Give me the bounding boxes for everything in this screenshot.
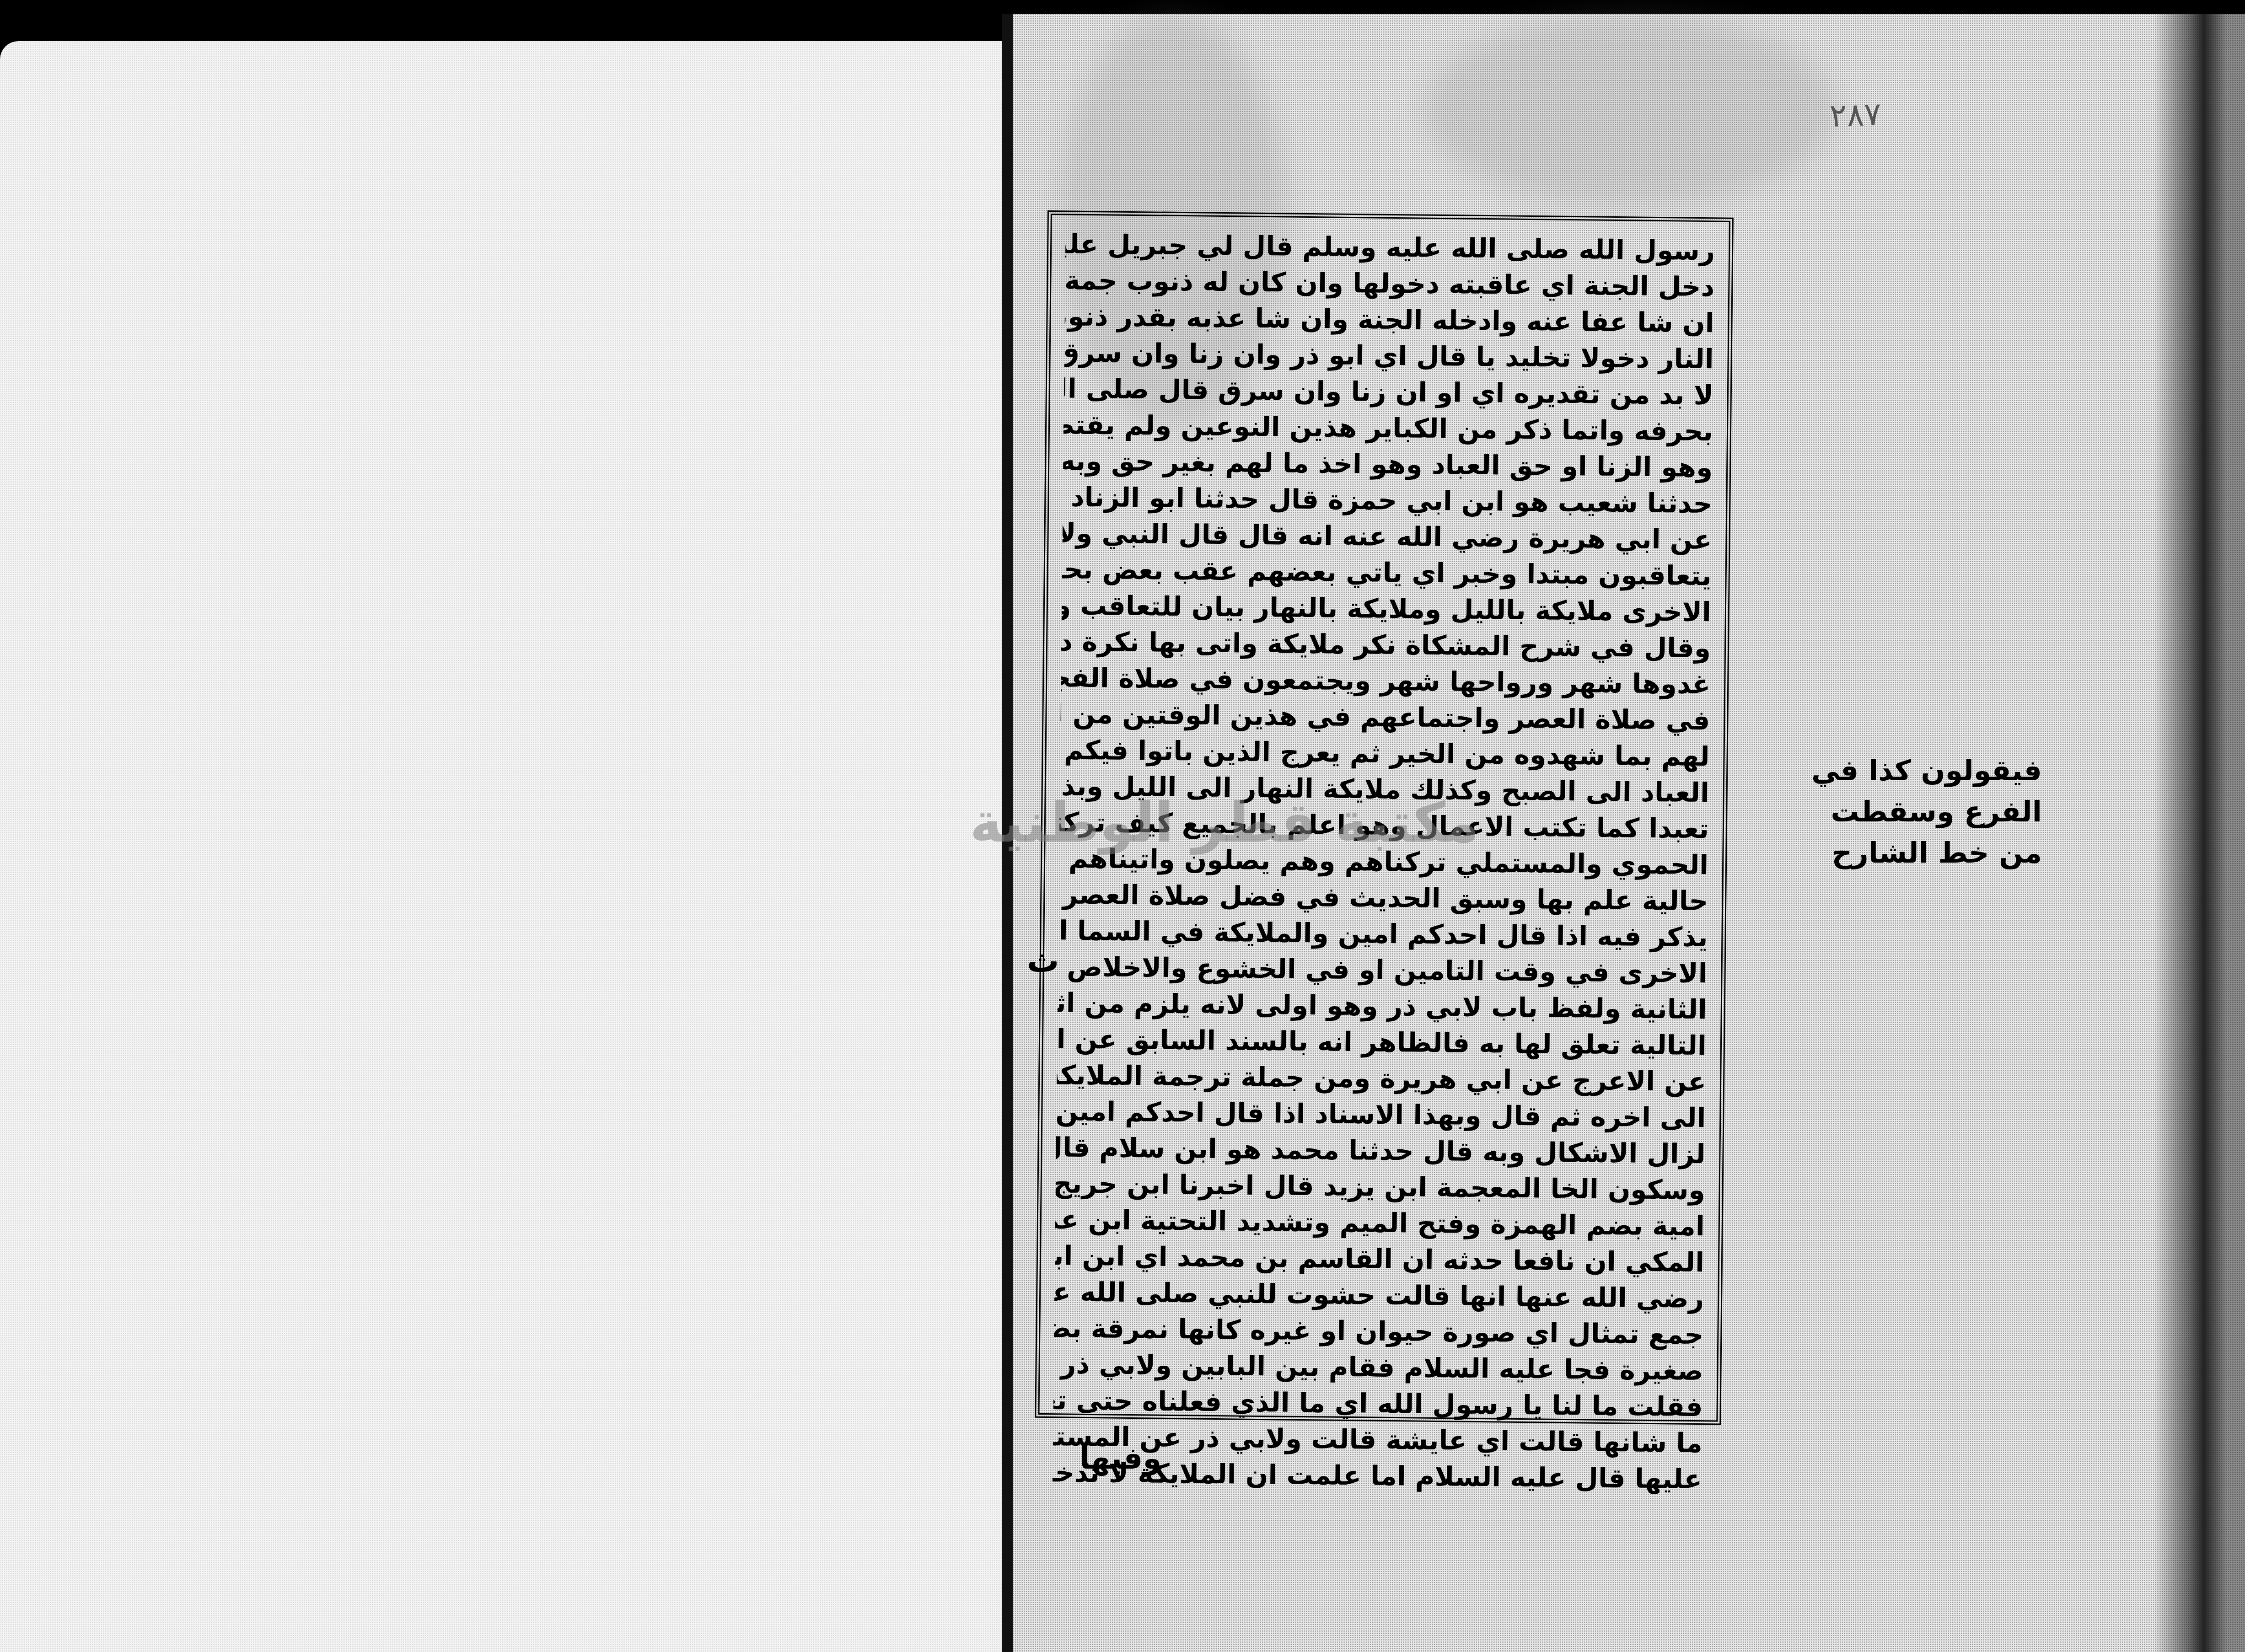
text-line: دخل الجنة اي عاقبته دخولها وان كان له ذن… [1065,262,1715,305]
text-line: لزال الاشكال وبه قال حدثنا محمد هو ابن س… [1056,1129,1706,1172]
text-line: الى اخره ثم قال وبهذا الاسناد اذا قال اح… [1056,1093,1706,1136]
text-line: ان شا عفا عنه وادخله الجنة وان شا عذبه ب… [1064,298,1714,341]
text-line: فقلت ما لنا يا رسول الله اي ما الذي فعلن… [1053,1382,1703,1425]
folio-number: ٢٨٧ [1829,95,1882,134]
text-line: حالية علم بها وسبق الحديث في فضل صلاة ال… [1058,876,1708,919]
main-text-block: رسول الله صلى الله عليه وسلم قال لي جبري… [1053,226,1715,1497]
marginal-note-line: الفرع وسقطت [1811,791,2042,832]
page-edge-shadow [2154,14,2245,1652]
text-line: وهو الزنا او حق العباد وهو اخذ ما لهم بغ… [1063,443,1713,486]
text-line: عن ابي هريرة رضي الله عنه انه قال قال ال… [1062,515,1712,558]
text-line: حدثنا شعيب هو ابن ابي حمزة قال حدثنا ابو… [1063,479,1713,522]
text-line: التالية تعلق لها به فالظاهر انه بالسند ا… [1057,1021,1707,1064]
text-line: وقال في شرح المشكاة نكر ملايكة واتى بها … [1061,623,1711,666]
text-line: رسول الله صلى الله عليه وسلم قال لي جبري… [1065,226,1715,269]
text-line: غدوها شهر ورواحها شهر ويجتمعون في صلاة ا… [1061,660,1711,703]
text-line: يتعاقبون مبتدا وخبر اي ياتي بعضهم عقب بع… [1062,551,1712,594]
text-line: امية بضم الهمزة وفتح الميم وتشديد التحتي… [1055,1201,1705,1244]
text-line: الاخرى في وقت التامين او في الخشوع والاخ… [1058,949,1708,992]
catchword: وفيها [1080,1441,1162,1476]
water-stain [1424,14,1836,206]
text-line: رضي الله عنها انها قالت حشوت للنبي صلى ا… [1054,1274,1704,1317]
text-line: لهم بما شهدوه من الخير ثم يعرج الذين بات… [1060,732,1710,775]
text-line: الاخرى ملايكة بالليل وملايكة بالنهار بيا… [1062,587,1712,630]
text-line: الثانية ولفظ باب لابي ذر وهو اولى لانه ي… [1057,985,1707,1028]
text-line: المكي ان نافعا حدثه ان القاسم بن محمد اي… [1055,1238,1705,1281]
text-line: عن الاعرج عن ابي هريرة ومن جملة ترجمة ال… [1057,1057,1707,1100]
marginal-note-line: من خط الشارح [1811,832,2042,874]
library-watermark: مكتبة قطر الوطنية [970,791,1479,855]
marginal-note-line: فيقولون كذا في [1811,750,2042,791]
text-line: النار دخولا تخليد يا قال اي ابو ذر وان ز… [1064,334,1714,377]
text-line: يذكر فيه اذا قال احدكم امين والملايكة في… [1058,912,1708,955]
text-line: وسكون الخا المعجمة ابن يزيد قال اخبرنا ا… [1055,1165,1705,1208]
marginal-mark: ث [1027,942,1059,980]
left-page-blank [0,41,1002,1652]
text-line: بحرفه واتما ذكر من الكباير هذين النوعين … [1063,407,1713,450]
text-line: لا بد من تقديره اي او ان زنا وان سرق قال… [1064,370,1714,413]
text-line: صغيرة فجا عليه السلام فقام بين البابين و… [1053,1346,1703,1389]
text-line: جمع تمثال اي صورة حيوان او غيره كانها نم… [1054,1310,1704,1353]
marginal-note: فيقولون كذا في الفرع وسقطت من خط الشارح [1811,750,2042,874]
text-line: في صلاة العصر واجتماعهم في هذين الوقتين … [1060,696,1710,739]
